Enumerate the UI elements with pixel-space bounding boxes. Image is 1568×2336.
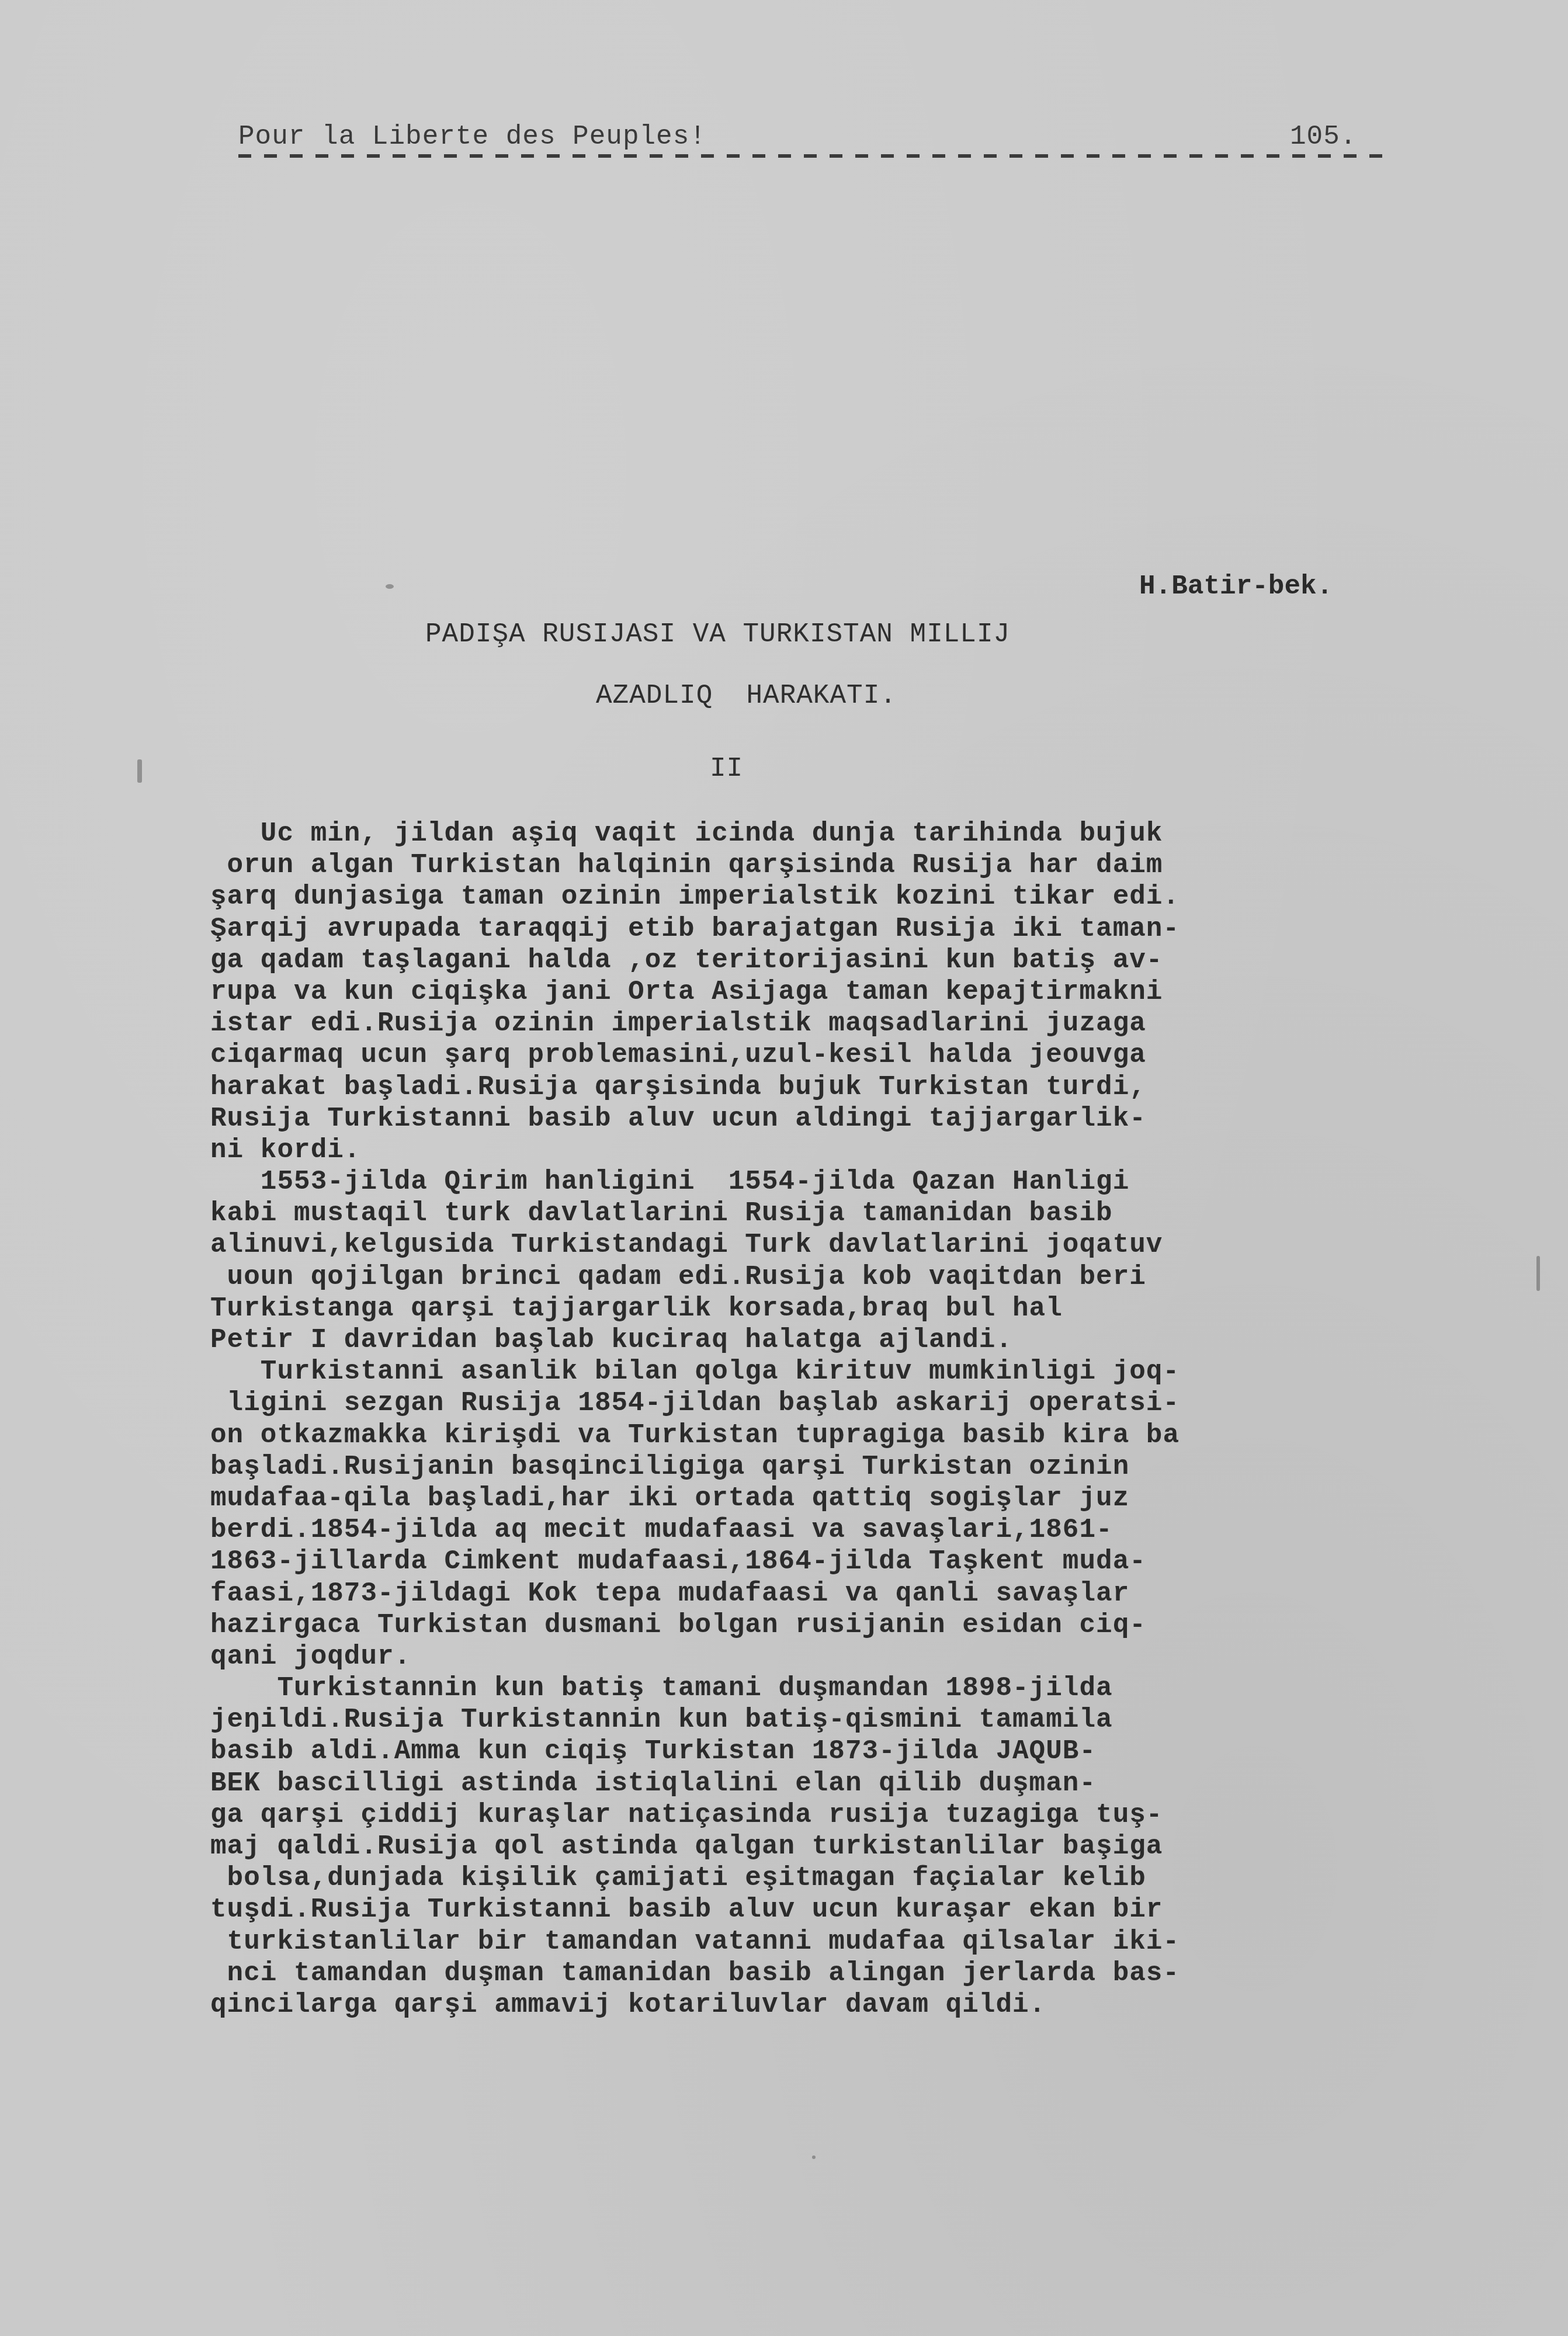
body-line: mudafaa-qila başladi,har iki ortada qatt… — [210, 1483, 1484, 1514]
body-line: ciqarmaq ucun şarq problemasini,uzul-kes… — [210, 1039, 1484, 1071]
body-line: bolsa,dunjada kişilik çamijati eşitmagan… — [210, 1862, 1484, 1894]
body-line: şarq dunjasiga taman ozinin imperialstik… — [210, 881, 1484, 912]
paper-speck — [137, 759, 142, 783]
dashed-rule — [238, 154, 1383, 158]
body-line: rupa va kun ciqişka jani Orta Asijaga ta… — [210, 976, 1484, 1008]
body-line: ligini sezgan Rusija 1854-jildan başlab … — [210, 1387, 1484, 1419]
body-line: qincilarga qarşi ammavij kotariluvlar da… — [210, 1989, 1484, 2021]
body-line: qani joqdur. — [210, 1641, 1484, 1672]
body-line: Rusija Turkistanni basib aluv ucun aldin… — [210, 1103, 1484, 1134]
body-line: tuşdi.Rusija Turkistanni basib aluv ucun… — [210, 1894, 1484, 1925]
article-body: Uc min, jildan aşiq vaqit icinda dunja t… — [210, 818, 1484, 2021]
article-title-line-2: AZADLIQ HARAKATI. — [596, 681, 897, 711]
body-line: alinuvi,kelgusida Turkistandagi Turk dav… — [210, 1229, 1484, 1261]
body-line: 1553-jilda Qirim hanligini 1554-jilda Qa… — [210, 1166, 1484, 1197]
part-number: II — [710, 754, 743, 784]
journal-title: Pour la Liberte des Peuples! — [238, 122, 706, 152]
body-line: istar edi.Rusija ozinin imperialstik maq… — [210, 1008, 1484, 1039]
paper-speck — [812, 2155, 816, 2159]
paper-speck — [1536, 1256, 1540, 1291]
body-line: Turkistannin kun batiş tamani duşmandan … — [210, 1672, 1484, 1704]
body-line: maj qaldi.Rusija qol astinda qalgan turk… — [210, 1831, 1484, 1862]
body-line: harakat başladi.Rusija qarşisinda bujuk … — [210, 1071, 1484, 1103]
body-line: Petir I davridan başlab kuciraq halatga … — [210, 1324, 1484, 1356]
body-line: hazirgaca Turkistan dusmani bolgan rusij… — [210, 1609, 1484, 1641]
running-header: Pour la Liberte des Peuples! 105. — [238, 122, 1407, 162]
body-line: kabi mustaqil turk davlatlarini Rusija t… — [210, 1197, 1484, 1229]
body-line: berdi.1854-jilda aq mecit mudafaasi va s… — [210, 1514, 1484, 1546]
body-line: 1863-jillarda Cimkent mudafaasi,1864-jil… — [210, 1546, 1484, 1577]
body-line: ga qarşi çiddij kuraşlar natiçasinda rus… — [210, 1799, 1484, 1831]
body-line: turkistanlilar bir tamandan vatanni muda… — [210, 1926, 1484, 1957]
body-line: jeŋildi.Rusija Turkistannin kun batiş-qi… — [210, 1704, 1484, 1735]
body-line: Uc min, jildan aşiq vaqit icinda dunja t… — [210, 818, 1484, 849]
body-line: on otkazmakka kirişdi va Turkistan tupra… — [210, 1419, 1484, 1451]
body-line: uoun qojilgan brinci qadam edi.Rusija ko… — [210, 1261, 1484, 1293]
body-line: ni kordi. — [210, 1134, 1484, 1166]
body-line: faasi,1873-jildagi Kok tepa mudafaasi va… — [210, 1578, 1484, 1609]
body-line: basib aldi.Amma kun ciqiş Turkistan 1873… — [210, 1735, 1484, 1767]
body-line: Şarqij avrupada taraqqij etib barajatgan… — [210, 913, 1484, 945]
body-line: ga qadam taşlagani halda ,oz teritorijas… — [210, 945, 1484, 976]
author-byline: H.Batir-bek. — [1139, 571, 1333, 602]
page-number: 105. — [1290, 122, 1357, 152]
body-line: başladi.Rusijanin basqinciligiga qarşi T… — [210, 1451, 1484, 1483]
article-title-line-1: PADIŞA RUSIJASI VA TURKISTAN MILLIJ — [425, 619, 1010, 650]
body-line: BEK bascilligi astinda istiqlalini elan … — [210, 1768, 1484, 1799]
body-line: orun algan Turkistan halqinin qarşisinda… — [210, 849, 1484, 881]
body-line: Turkistanni asanlik bilan qolga kirituv … — [210, 1356, 1484, 1387]
document-page: Pour la Liberte des Peuples! 105. H.Bati… — [0, 0, 1568, 2336]
paper-speck — [386, 584, 394, 589]
body-line: nci tamandan duşman tamanidan basib alin… — [210, 1957, 1484, 1989]
body-line: Turkistanga qarşi tajjargarlik korsada,b… — [210, 1293, 1484, 1324]
